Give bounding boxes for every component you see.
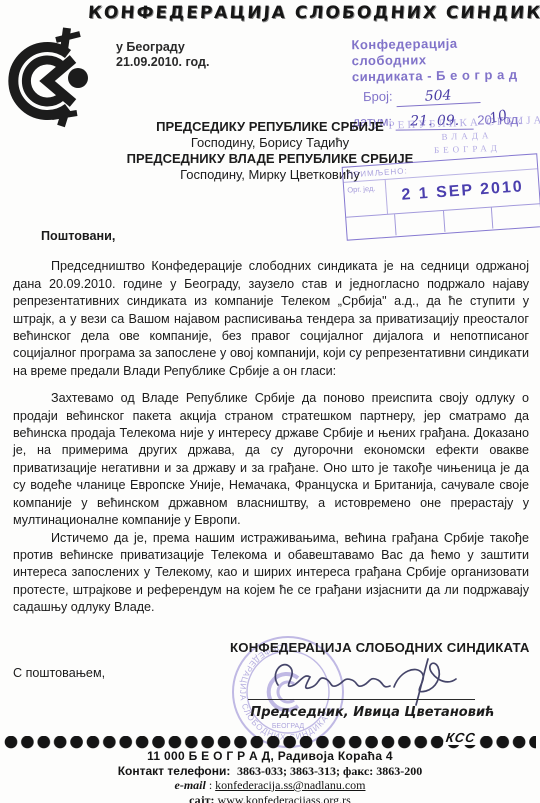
- footer-email: e-mail : konfederacija.ss@nadlanu.com: [0, 778, 540, 793]
- signature-area: [230, 655, 515, 703]
- broj-label: Број:: [363, 89, 393, 104]
- place: у Београду: [116, 40, 209, 55]
- email-label: e-mail: [175, 778, 206, 792]
- signature-line: [248, 699, 475, 700]
- footer-address: 11 000 Б Е О Г Р А Д, Радивоја Кораћа 4: [0, 749, 540, 764]
- footer-site: сајт: www.konfederacijass.org.rs: [0, 793, 540, 803]
- phones-value: 3863-033; 3863-313; факс: 3863-200: [237, 764, 422, 778]
- seal-city-text: БЕОГРАД: [272, 723, 305, 730]
- registry-stamp-line1: Конфедерација слободних: [351, 35, 533, 70]
- government-stamp-header: РЕПУБЛИКА СРБИЈА ВЛАДА БЕОГРАД: [381, 114, 540, 159]
- signature-block: КОНФЕДЕРАЦИЈА СЛОБОДНИХ СИНДИКАТА Предсе…: [230, 640, 515, 720]
- paragraph-3: Истичемо да је, према нашим истраживањим…: [13, 530, 529, 617]
- broj-handwritten-value: 504: [424, 87, 451, 104]
- letter-body: Поштовани, Председништво Конфедерације с…: [13, 228, 529, 682]
- registry-number-row: Број: 504: [352, 87, 534, 107]
- place-date: у Београду 21.09.2010. год.: [116, 40, 209, 70]
- paragraph-1: Председништво Конфедерације слободних си…: [13, 258, 529, 380]
- handwritten-signature: [260, 651, 480, 709]
- kss-divider-mark: КСС: [443, 730, 479, 745]
- letter-date: 21.09.2010. год.: [116, 55, 209, 70]
- org-unit-label: Орг. јед.: [344, 180, 388, 217]
- email-separator: :: [206, 778, 215, 792]
- phones-label: Контакт телефони:: [118, 764, 231, 778]
- kss-logo-icon: [4, 18, 100, 128]
- salutation: Поштовани,: [41, 228, 529, 245]
- site-label: сајт:: [189, 793, 214, 803]
- paragraph-2: Захтевамо од Владе Републике Србије да п…: [13, 390, 529, 529]
- footer-contact-block: 11 000 Б Е О Г Р А Д, Радивоја Кораћа 4 …: [0, 749, 540, 803]
- email-address: konfederacija.ss@nadlanu.com: [215, 778, 365, 792]
- letterhead-title: КОНФЕДЕРАЦИЈА СЛОБОДНИХ СИНДИКАТА: [87, 3, 508, 23]
- footer-phones: Контакт телефони: 3863-033; 3863-313; фа…: [0, 764, 540, 779]
- registry-stamp-line2: синдиката - Б е о г р а д: [352, 67, 534, 86]
- scanned-letter-page: КОНФЕДЕРАЦИЈА СЛОБОДНИХ СИНДИКАТА у Беог…: [0, 0, 540, 803]
- site-url: www.konfederacijass.org.rs: [218, 793, 351, 803]
